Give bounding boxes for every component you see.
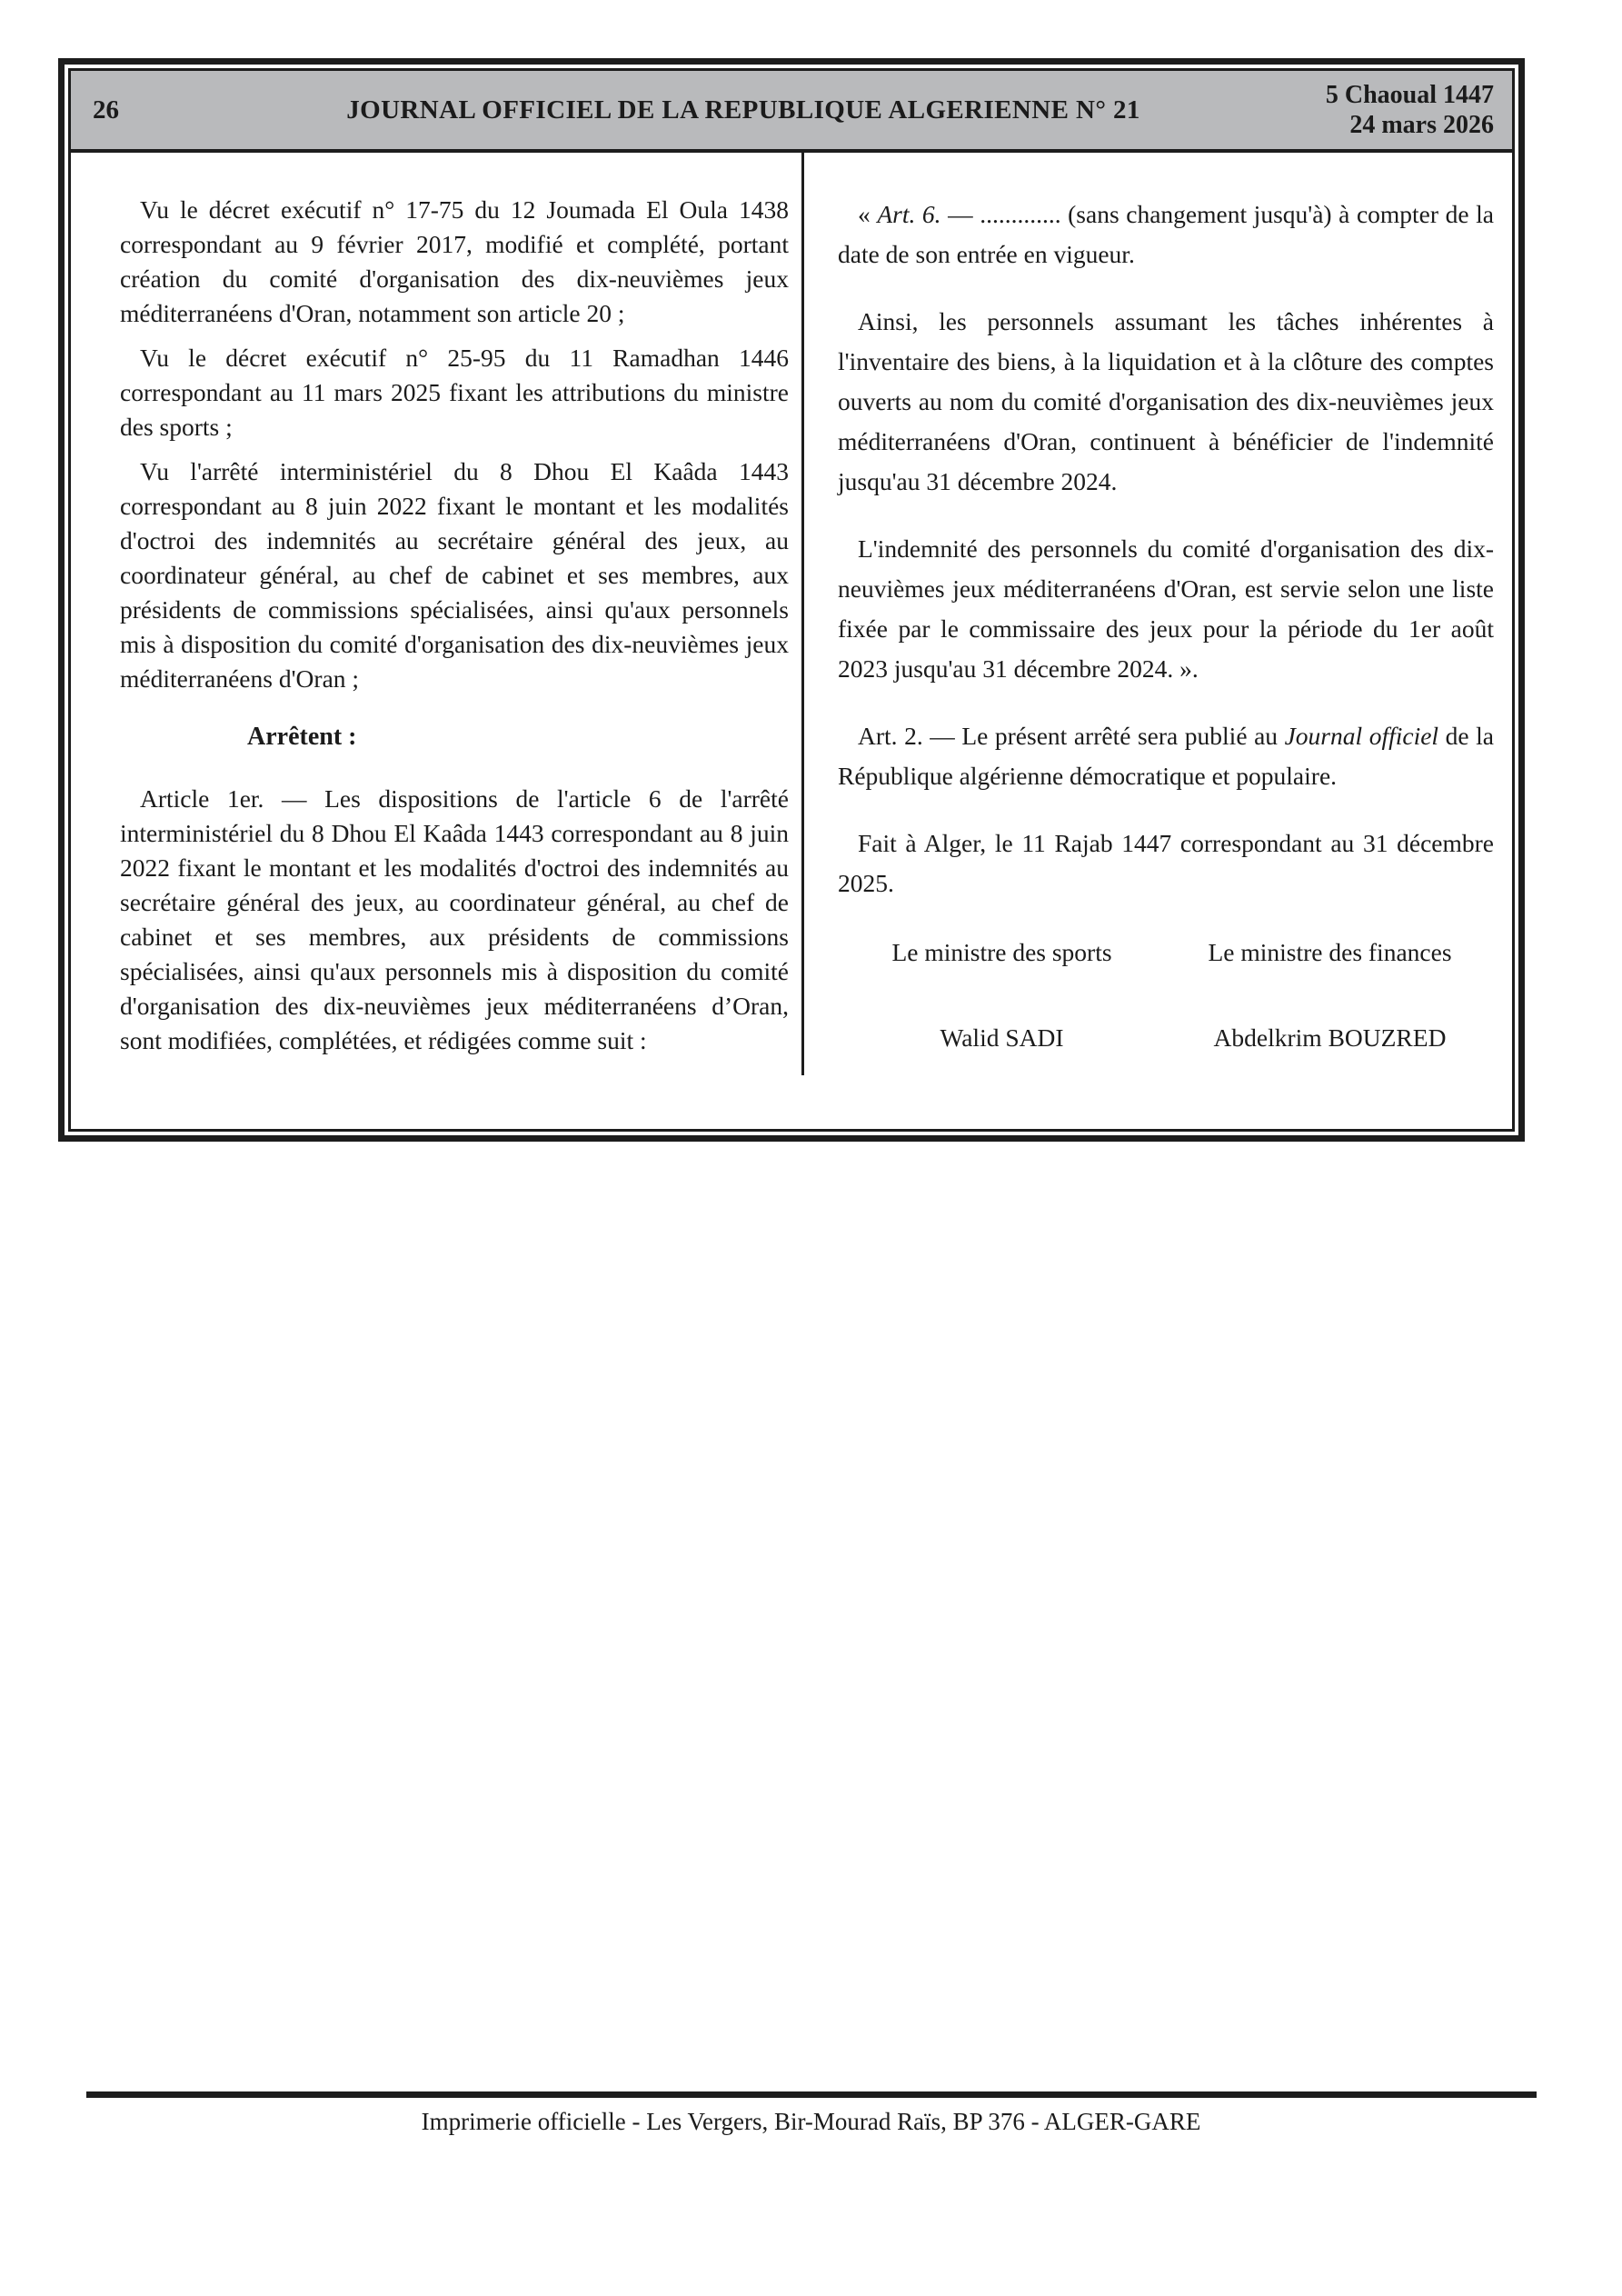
page-number: 26 — [93, 95, 202, 125]
paragraph-ainsi-personnels: Ainsi, les personnels assumant les tâche… — [838, 302, 1494, 502]
article-2-text: Art. 2. — Le présent arrêté sera publié … — [858, 722, 1285, 750]
paragraph-indemnite: L'indemnité des personnels du comité d'o… — [838, 529, 1494, 689]
footer-rule — [86, 2091, 1537, 2098]
imprimerie-imprint: Imprimerie officielle - Les Vergers, Bir… — [0, 2108, 1622, 2136]
minister-finances-name: Abdelkrim BOUZRED — [1166, 1023, 1494, 1053]
journal-title: JOURNAL OFFICIEL DE LA REPUBLIQUE ALGERI… — [202, 95, 1285, 125]
minister-sports-name: Walid SADI — [838, 1023, 1166, 1053]
date-hijri: 5 Chaoual 1447 — [1285, 80, 1494, 110]
article-6-open-quote: « — [858, 200, 877, 228]
signature-titles-row: Le ministre des sports Le ministre des f… — [838, 938, 1494, 967]
signature-names-row: Walid SADI Abdelkrim BOUZRED — [838, 1023, 1494, 1053]
paragraph-visa-arrete-interministeriel: Vu l'arrêté interministériel du 8 Dhou E… — [120, 454, 789, 696]
article-6-label: Art. 6. — [877, 200, 940, 228]
journal-page: 26 JOURNAL OFFICIEL DE LA REPUBLIQUE ALG… — [0, 0, 1622, 2296]
arretent-heading: Arrêtent : — [247, 720, 789, 754]
paragraph-article-2: Art. 2. — Le présent arrêté sera publié … — [838, 716, 1494, 796]
content-frame: 26 JOURNAL OFFICIEL DE LA REPUBLIQUE ALG… — [58, 58, 1525, 1142]
column-divider — [801, 153, 804, 1075]
right-column: « Art. 6. — ............. (sans changeme… — [801, 153, 1512, 1129]
journal-officiel-italic: Journal officiel — [1285, 722, 1438, 750]
minister-finances-title: Le ministre des finances — [1166, 938, 1494, 967]
page-header: 26 JOURNAL OFFICIEL DE LA REPUBLIQUE ALG… — [71, 71, 1512, 153]
paragraph-visa-decret-17-75: Vu le décret exécutif n° 17-75 du 12 Jou… — [120, 193, 789, 331]
paragraph-visa-decret-25-95: Vu le décret exécutif n° 25-95 du 11 Ram… — [120, 341, 789, 444]
paragraph-article-6: « Art. 6. — ............. (sans changeme… — [838, 195, 1494, 275]
date-gregorian: 24 mars 2026 — [1285, 110, 1494, 140]
content-frame-inner: 26 JOURNAL OFFICIEL DE LA REPUBLIQUE ALG… — [68, 68, 1515, 1132]
minister-sports-title: Le ministre des sports — [838, 938, 1166, 967]
left-column: Vu le décret exécutif n° 17-75 du 12 Jou… — [71, 153, 801, 1129]
paragraph-article-1: Article 1er. — Les dispositions de l'art… — [120, 782, 789, 1058]
page-body: Vu le décret exécutif n° 17-75 du 12 Jou… — [71, 153, 1512, 1129]
page-footer: Imprimerie officielle - Les Vergers, Bir… — [0, 2091, 1622, 2136]
paragraph-fait-a-alger: Fait à Alger, le 11 Rajab 1447 correspon… — [838, 824, 1494, 903]
header-dates: 5 Chaoual 1447 24 mars 2026 — [1285, 80, 1494, 140]
